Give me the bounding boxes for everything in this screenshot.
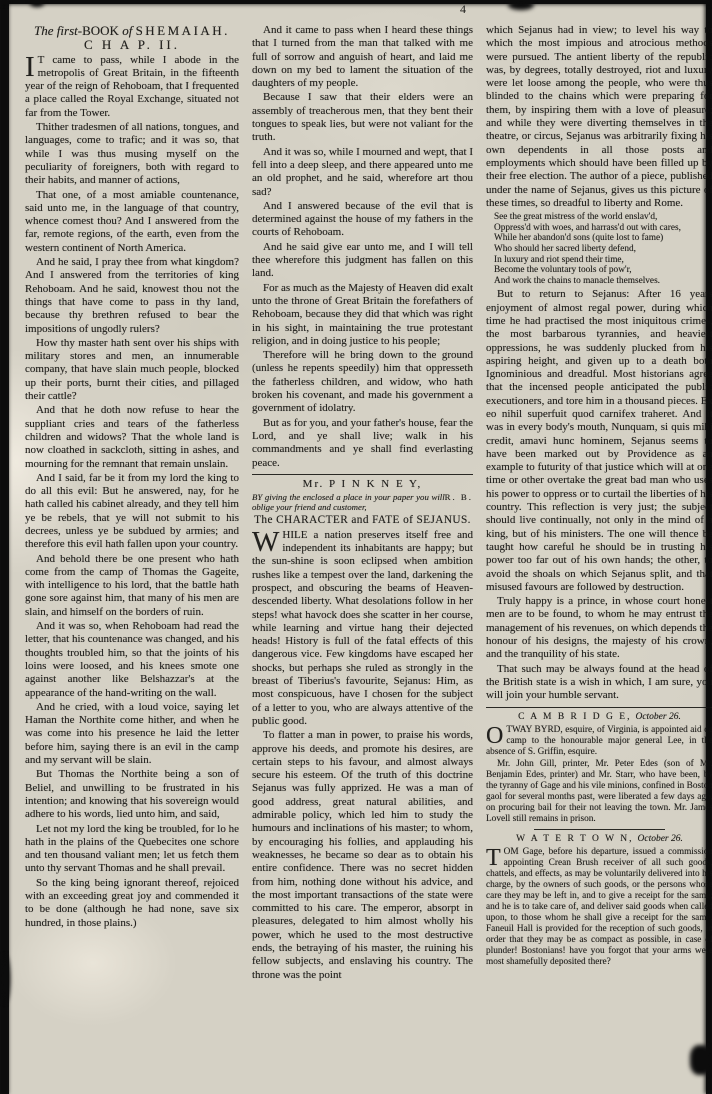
paragraph: And it came to pass when I heard these t…: [252, 24, 473, 90]
drop-cap: T: [486, 847, 504, 868]
paragraph: And he said give ear unto me, and I will…: [252, 241, 473, 281]
photo-blemish-top-center: [508, 0, 534, 10]
paragraph: And I said, far be it from my lord the k…: [25, 472, 239, 552]
letter-signature: R. B.: [445, 492, 473, 502]
column-left: The first-BOOK of SHEMAIAH.C H A P. II.I…: [25, 24, 239, 931]
paragraph: And that he doth now refuse to hear the …: [25, 404, 239, 470]
paragraph: WHILE a nation preserves itself free and…: [252, 529, 473, 728]
poem: See the great mistress of the world ensl…: [494, 212, 712, 286]
dateline: C A M B R I D G E,October 26.: [486, 711, 712, 724]
paragraph: Therefore will he bring down to the grou…: [252, 349, 473, 415]
paragraph: And it was so, when Rehoboam had read th…: [25, 620, 239, 700]
title-book: -BOOK: [78, 23, 122, 38]
paragraph: Mr. John Gill, printer, Mr. Peter Edes (…: [486, 759, 712, 825]
title-pre: The first: [34, 23, 78, 38]
article-title: The first-BOOK of SHEMAIAH.: [25, 24, 239, 37]
photo-blemish-bottom-right: [690, 1045, 712, 1075]
paragraph: And I answered because of the evil that …: [252, 200, 473, 240]
paragraph: And behold there be one present who hath…: [25, 553, 239, 619]
paragraph: Because I saw that their elders were an …: [252, 91, 473, 144]
poem-line: While her abandon'd sons (quite lost to …: [494, 233, 712, 244]
paragraph: And he cried, with a loud voice, saying …: [25, 701, 239, 767]
columns: The first-BOOK of SHEMAIAH.C H A P. II.I…: [25, 24, 712, 983]
photo-edge-right: [705, 0, 712, 1094]
paragraph: But as for you, and your father's house,…: [252, 417, 473, 470]
paragraph: That such may be always found at the hea…: [486, 663, 712, 703]
drop-cap: I: [25, 54, 38, 79]
paragraph: How thy master hath sent over his ships …: [25, 337, 239, 403]
essay-title: The CHARACTER and FATE of SEJANUS.: [252, 514, 473, 527]
poem-line: In luxury and riot spend their time,: [494, 255, 712, 266]
dateline-place: W A T E R T O W N,: [516, 834, 633, 844]
drop-cap: W: [252, 529, 282, 554]
paragraph: OTWAY BYRD, esquire, of Virginia, is app…: [486, 725, 712, 758]
column-middle: And it came to pass when I heard these t…: [252, 24, 473, 983]
paragraph: That one, of a most amiable countenance,…: [25, 189, 239, 255]
paragraph: Truly happy is a prince, in whose court …: [486, 595, 712, 661]
page-number: 4: [460, 2, 466, 17]
poem-line: See the great mistress of the world ensl…: [494, 212, 712, 223]
title-of: of: [122, 23, 135, 38]
drop-cap: O: [486, 725, 506, 746]
section-rule: [534, 829, 666, 830]
paragraph: TOM Gage, before his departure, issued a…: [486, 847, 712, 968]
paragraph: So the king being ignorant thereof, rejo…: [25, 877, 239, 930]
poem-line: And work the chains to manacle themselve…: [494, 276, 712, 287]
dateline-place: C A M B R I D G E,: [518, 712, 631, 722]
letter-heading: Mr. P I N K N E Y,: [252, 478, 473, 491]
paragraph: Thither tradesmen of all nations, tongue…: [25, 121, 239, 187]
paragraph: For as much as the Majesty of Heaven did…: [252, 282, 473, 348]
dateline: W A T E R T O W N,October 26.: [486, 833, 712, 846]
section-rule: [252, 474, 473, 475]
paragraph: Let not my lord the king be troubled, fo…: [25, 823, 239, 876]
paragraph: And he said, I pray thee from what kingd…: [25, 256, 239, 336]
paragraph: But to return to Sejanus: After 16 years…: [486, 288, 712, 594]
paragraph: To flatter a man in power, to praise his…: [252, 729, 473, 982]
paragraph: But Thomas the Northite being a son of B…: [25, 768, 239, 821]
photo-blemish-top-left: [30, 0, 44, 7]
poem-line: Oppress'd with woes, and harrass'd out w…: [494, 223, 712, 234]
photo-blemish-bottom-left: [0, 955, 10, 1003]
paragraph: IT came to pass, while I abode in the me…: [25, 54, 239, 120]
photo-edge-left: [0, 0, 8, 1094]
dateline-date: October 26.: [638, 834, 683, 844]
section-rule: [486, 707, 712, 708]
column-right: which Sejanus had in view; to level his …: [486, 24, 712, 969]
title-name: SHEMAIAH.: [136, 23, 230, 38]
dateline-date: October 26.: [635, 712, 680, 722]
newspaper-page: The first-BOOK of SHEMAIAH.C H A P. II.I…: [9, 4, 706, 1094]
poem-line: Become the voluntary tools of pow'r,: [494, 265, 712, 276]
letter-subnote: R. B.BY giving the enclosed a place in y…: [252, 492, 473, 512]
paragraph: And it was so, while I mourned and wept,…: [252, 146, 473, 199]
chapter-heading: C H A P. II.: [25, 38, 239, 51]
paragraph: which Sejanus had in view; to level his …: [486, 24, 712, 210]
photo-edge-top: [0, 0, 712, 4]
poem-line: Who should her sacred liberty defend,: [494, 244, 712, 255]
